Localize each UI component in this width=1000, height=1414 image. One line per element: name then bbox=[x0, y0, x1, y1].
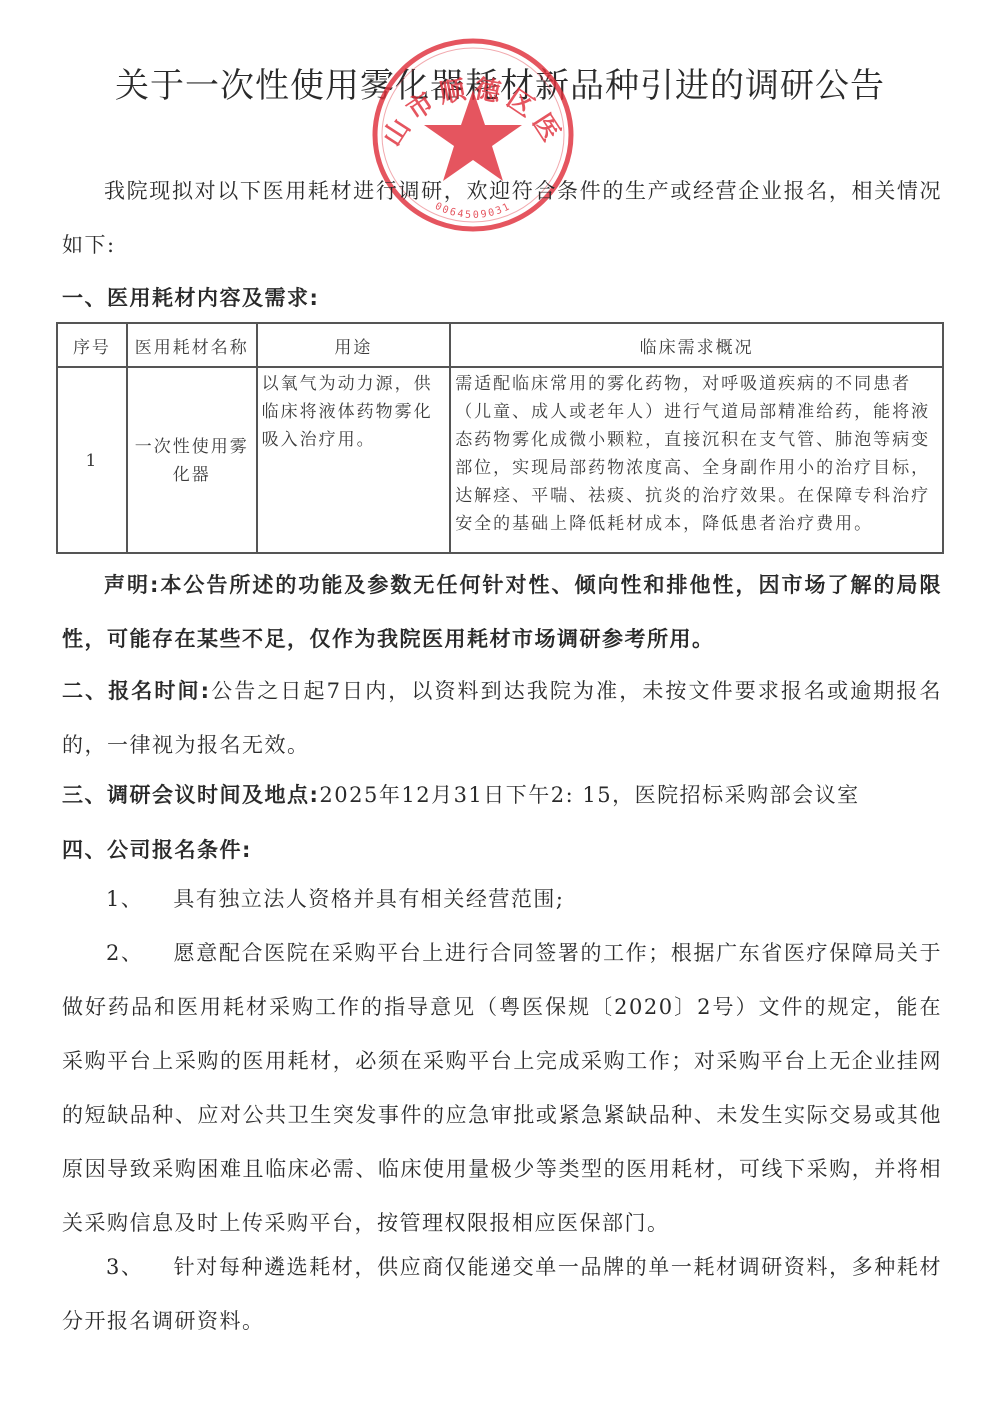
cell-clinical-needs: 需适配临床常用的雾化药物，对呼吸道疾病的不同患者（儿童、成人或老年人）进行气道局… bbox=[450, 367, 943, 553]
section1-heading: 一、医用耗材内容及需求: bbox=[62, 282, 319, 312]
header-clinical-needs: 临床需求概况 bbox=[450, 323, 943, 367]
intro-paragraph: 我院现拟对以下医用耗材进行调研，欢迎符合条件的生产或经营企业报名，相关情况如下: bbox=[62, 164, 942, 272]
document-page: 关于一次性使用雾化器耗材新品种引进的调研公告 佛山市顺德区医院 00645090… bbox=[0, 0, 1000, 1414]
document-title: 关于一次性使用雾化器耗材新品种引进的调研公告 bbox=[0, 58, 1000, 107]
header-no: 序号 bbox=[57, 323, 127, 367]
cell-no: 1 bbox=[57, 367, 127, 553]
section4-heading: 四、公司报名条件: bbox=[62, 834, 252, 864]
statement-paragraph: 声明:本公告所述的功能及参数无任何针对性、倾向性和排他性，因市场了解的局限性，可… bbox=[62, 558, 942, 666]
cell-usage: 以氧气为动力源，供临床将液体药物雾化吸入治疗用。 bbox=[257, 367, 451, 553]
condition-item-3: 3、针对每种遴选耗材，供应商仅能递交单一品牌的单一耗材调研资料，多种耗材分开报名… bbox=[62, 1240, 942, 1348]
section2-paragraph: 二、报名时间:公告之日起7日内，以资料到达我院为准，未按文件要求报名或逾期报名的… bbox=[62, 664, 942, 772]
table-row: 1 一次性使用雾化器 以氧气为动力源，供临床将液体药物雾化吸入治疗用。 需适配临… bbox=[57, 367, 943, 553]
condition-number: 3、 bbox=[106, 1255, 144, 1279]
header-name: 医用耗材名称 bbox=[127, 323, 257, 367]
condition-item-1: 1、具有独立法人资格并具有相关经营范围; bbox=[62, 872, 942, 926]
condition-number: 1、 bbox=[106, 887, 143, 911]
header-usage: 用途 bbox=[257, 323, 451, 367]
condition-text: 具有独立法人资格并具有相关经营范围; bbox=[173, 887, 564, 911]
section3-text: 2025年12月31日下午2: 15，医院招标采购部会议室 bbox=[319, 783, 859, 807]
cell-name: 一次性使用雾化器 bbox=[127, 367, 257, 553]
condition-number: 2、 bbox=[106, 941, 144, 965]
statement-label: 声明: bbox=[104, 573, 160, 597]
section2-label: 二、报名时间: bbox=[62, 679, 211, 703]
condition-text: 针对每种遴选耗材，供应商仅能递交单一品牌的单一耗材调研资料，多种耗材分开报名调研… bbox=[62, 1255, 942, 1333]
consumables-table: 序号 医用耗材名称 用途 临床需求概况 1 一次性使用雾化器 以氧气为动力源，供… bbox=[56, 322, 944, 554]
statement-text: 本公告所述的功能及参数无任何针对性、倾向性和排他性，因市场了解的局限性，可能存在… bbox=[62, 573, 942, 651]
table-header-row: 序号 医用耗材名称 用途 临床需求概况 bbox=[57, 323, 943, 367]
condition-text: 愿意配合医院在采购平台上进行合同签署的工作；根据广东省医疗保障局关于做好药品和医… bbox=[62, 941, 942, 1235]
condition-item-2: 2、愿意配合医院在采购平台上进行合同签署的工作；根据广东省医疗保障局关于做好药品… bbox=[62, 926, 942, 1250]
section3-label: 三、调研会议时间及地点: bbox=[62, 783, 319, 807]
section3-paragraph: 三、调研会议时间及地点:2025年12月31日下午2: 15，医院招标采购部会议… bbox=[62, 768, 942, 822]
